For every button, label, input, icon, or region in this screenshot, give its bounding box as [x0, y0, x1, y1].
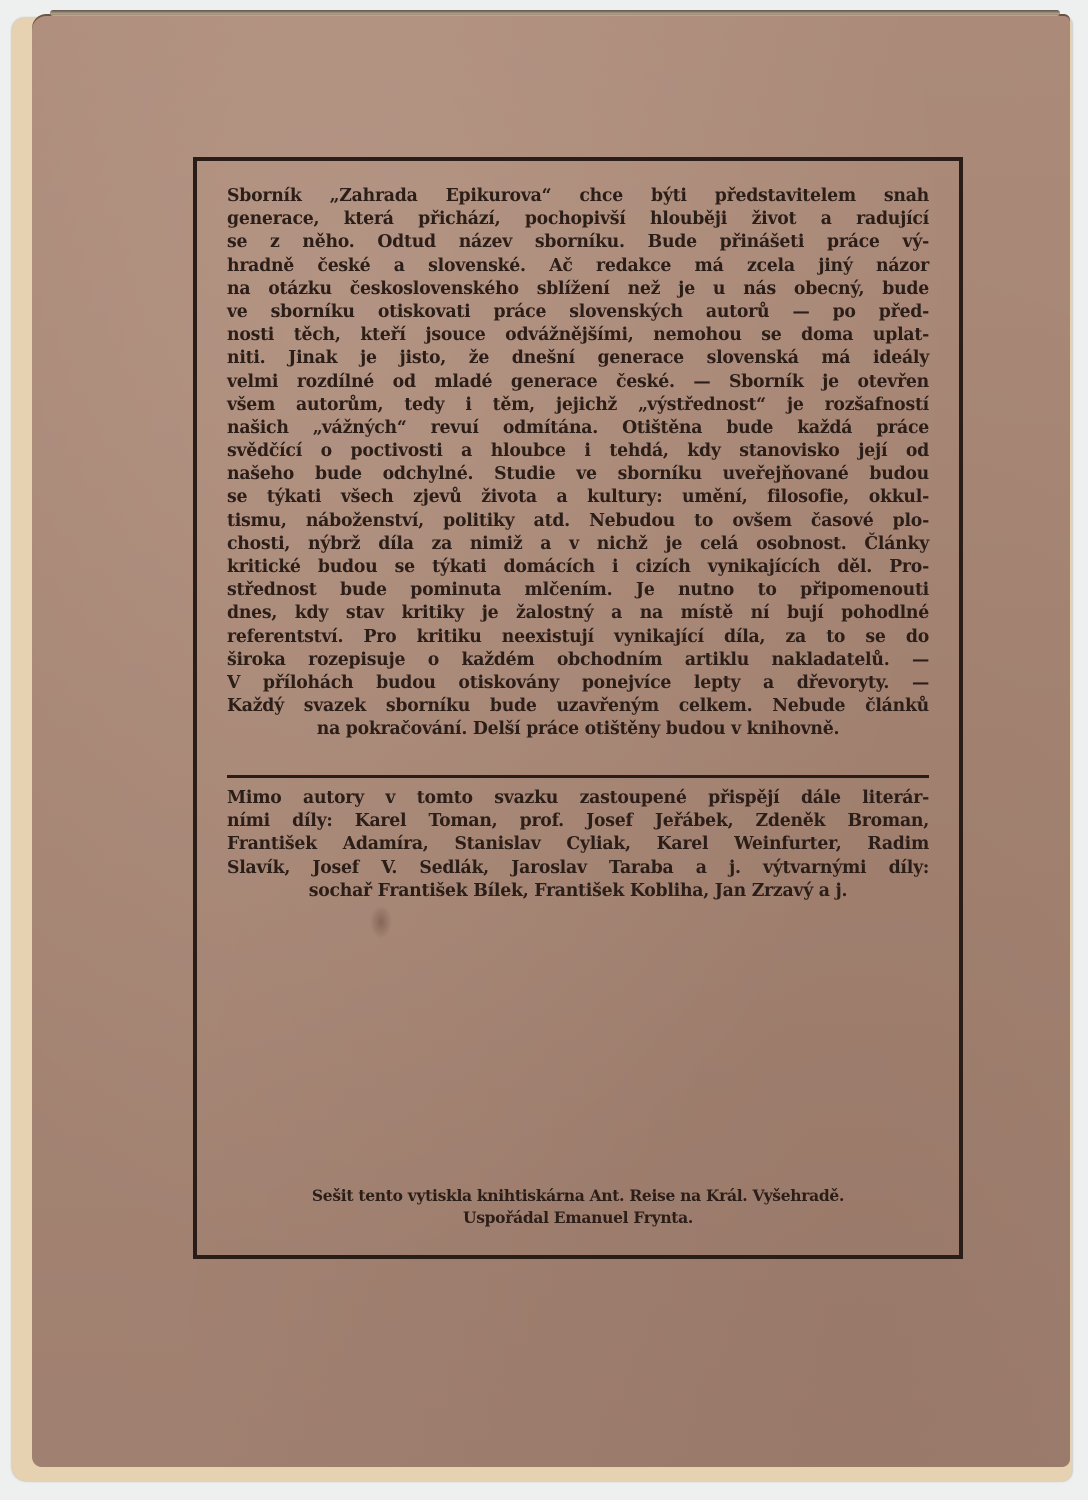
statement-line: široka rozepisuje o každém obchodním art…	[227, 649, 929, 672]
editorial-statement: Sborník „Zahrada Epikurova“ chce býti př…	[227, 185, 929, 742]
statement-line: našich „vážných“ revuí odmítána. Otištěn…	[227, 417, 929, 440]
printer-line: Sešit tento vytiskla knihtiskárna Ant. R…	[197, 1185, 959, 1207]
contributors-line: Mimo autory v tomto svazku zastoupené př…	[227, 787, 929, 810]
contributors-line: sochař František Bílek, František Koblih…	[227, 880, 929, 903]
statement-line: referentství. Pro kritiku neexistují vyn…	[227, 626, 929, 649]
contributors-line: Slavík, Josef V. Sedlák, Jaroslav Taraba…	[227, 857, 929, 880]
cover-top-edge	[50, 10, 1060, 16]
contributors-line: ními díly: Karel Toman, prof. Josef Jeřá…	[227, 810, 929, 833]
editor-line: Uspořádal Emanuel Frynta.	[197, 1207, 959, 1229]
statement-line: našeho bude odchylné. Studie ve sborníku…	[227, 463, 929, 486]
statement-line: se týkati všech zjevů života a kultury: …	[227, 486, 929, 509]
statement-line: dnes, kdy stav kritiky je žalostný a na …	[227, 602, 929, 625]
statement-line: velmi rozdílné od mladé generace české. …	[227, 371, 929, 394]
statement-line: Sborník „Zahrada Epikurova“ chce býti př…	[227, 185, 929, 208]
statement-line: střednost bude pominuta mlčením. Je nutn…	[227, 579, 929, 602]
scanned-back-cover: Sborník „Zahrada Epikurova“ chce býti př…	[0, 0, 1088, 1500]
statement-line: všem autorům, tedy i těm, jejichž „výstř…	[227, 394, 929, 417]
printer-imprint: Sešit tento vytiskla knihtiskárna Ant. R…	[197, 1185, 959, 1229]
statement-line: V přílohách budou otiskovány ponejvíce l…	[227, 672, 929, 695]
text-frame: Sborník „Zahrada Epikurova“ chce býti př…	[193, 157, 963, 1259]
contributors-note: Mimo autory v tomto svazku zastoupené př…	[227, 787, 929, 903]
statement-line: hradně české a slovenské. Ač redakce má …	[227, 255, 929, 278]
paper-dent-mark	[370, 905, 392, 939]
statement-line: niti. Jinak je jisto, že dnešní generace…	[227, 347, 929, 370]
statement-line: svědčící o poctivosti a hloubce i tehdá,…	[227, 440, 929, 463]
contributors-line: František Adamíra, Stanislav Cyliak, Kar…	[227, 833, 929, 856]
statement-line: ve sborníku otiskovati práce slovenských…	[227, 301, 929, 324]
statement-line: na otázku československého sblížení než …	[227, 278, 929, 301]
statement-line: nosti těch, kteří jsouce odvážnějšími, n…	[227, 324, 929, 347]
statement-line: se z něho. Odtud název sborníku. Bude př…	[227, 231, 929, 254]
statement-line: tismu, náboženství, politiky atd. Nebudo…	[227, 510, 929, 533]
statement-line: kritické budou se týkati domácích i cizí…	[227, 556, 929, 579]
section-divider	[227, 775, 929, 778]
statement-line: chosti, nýbrž díla za nimiž a v nichž je…	[227, 533, 929, 556]
statement-line: na pokračování. Delší práce otištěny bud…	[227, 718, 929, 741]
statement-line: generace, která přichází, pochopivší hlo…	[227, 208, 929, 231]
statement-line: Každý svazek sborníku bude uzavřeným cel…	[227, 695, 929, 718]
